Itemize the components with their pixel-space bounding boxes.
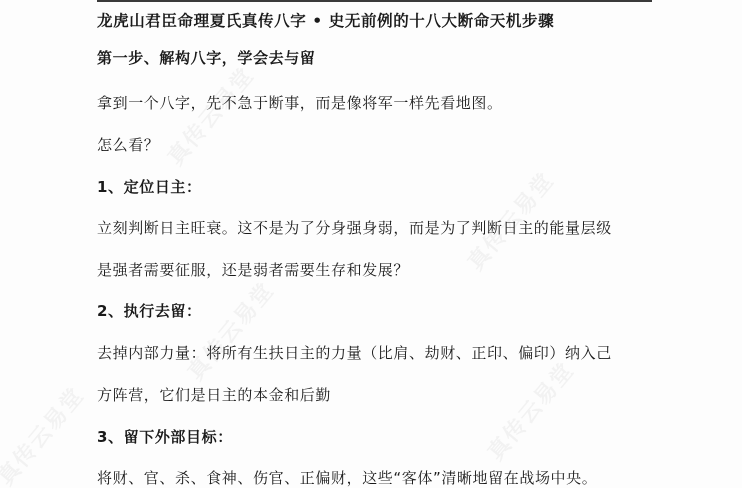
watermark: 真传云易堂 — [480, 355, 581, 467]
paragraph-line: 去掉内部力量：将所有生扶日主的力量（比肩、劫财、正印、偏印）纳入己 — [97, 343, 612, 363]
paragraph-line: 立刻判断日主旺衰。这不是为了分身强身弱，而是为了判断日主的能量层级 — [97, 218, 612, 238]
step-heading: 1、定位日主： — [97, 177, 202, 197]
paragraph-line: 怎么看？ — [97, 135, 159, 155]
header-rule — [97, 0, 652, 2]
watermark: 真传云易堂 — [0, 380, 90, 488]
step-heading: 2、执行去留： — [97, 301, 202, 321]
watermark: 真传云易堂 — [160, 60, 261, 172]
section-heading: 第一步、解构八字，学会去与留 — [97, 48, 315, 68]
paragraph-line: 方阵营，它们是日主的本金和后勤 — [97, 385, 331, 405]
document-page: 真传云易堂 真传云易堂 真传云易堂 真传云易堂 真传云易堂 龙虎山君臣命理夏氏真… — [0, 0, 742, 488]
paragraph-line: 是强者需要征服，还是弱者需要生存和发展？ — [97, 260, 409, 280]
paragraph-line: 将财、官、杀、食神、伤官、正偏财，这些“客体”清晰地留在战场中央。 — [97, 468, 597, 488]
document-title: 龙虎山君臣命理夏氏真传八字 • 史无前例的十八大断命天机步骤 — [97, 11, 554, 31]
step-heading: 3、留下外部目标： — [97, 427, 233, 447]
watermark: 真传云易堂 — [180, 275, 281, 387]
paragraph-line: 拿到一个八字，先不急于断事，而是像将军一样先看地图。 — [97, 93, 503, 113]
